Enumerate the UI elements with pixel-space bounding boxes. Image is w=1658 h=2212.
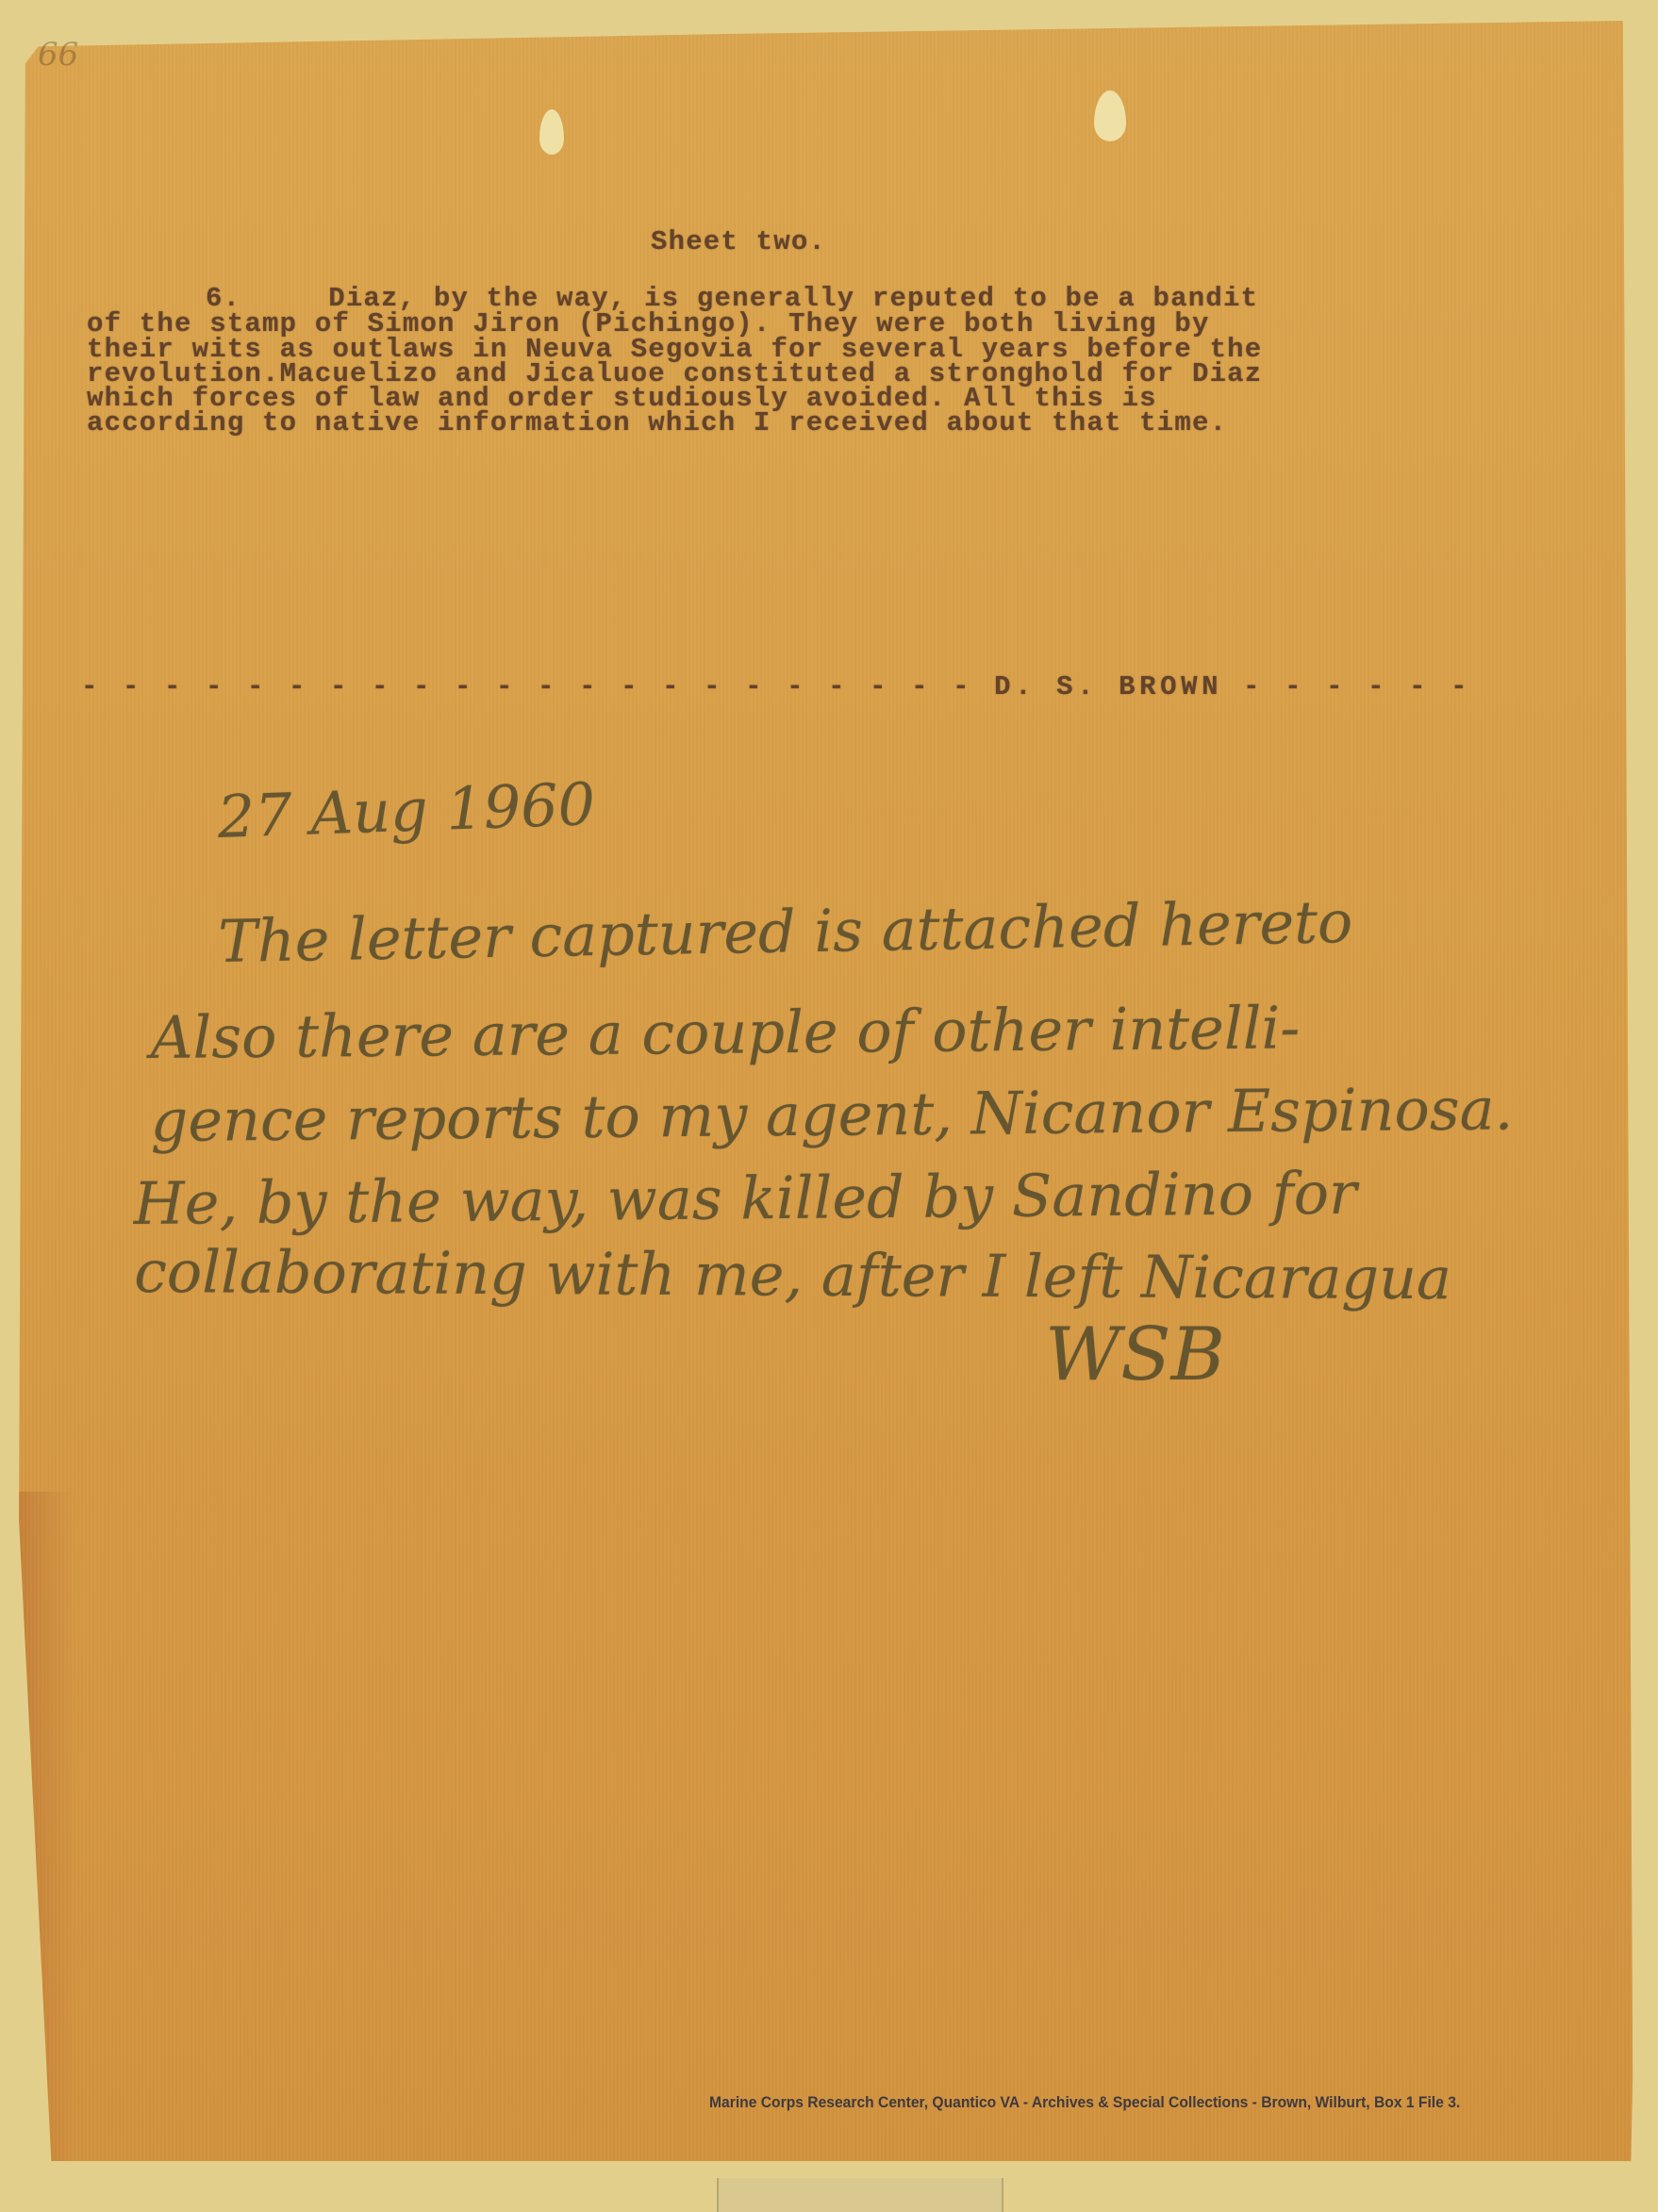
archive-caption: Marine Corps Research Center, Quantico V… [709, 2093, 1460, 2112]
handwritten-line-2: Also there are a couple of other intelli… [150, 993, 1300, 1072]
page-fold-shadow [19, 1492, 75, 2161]
handwritten-line-3: gence reports to my agent, Nicanor Espin… [150, 1074, 1513, 1155]
mount-strip [717, 2178, 1003, 2212]
handwritten-line-4: He, by the way, was killed by Sandino fo… [133, 1159, 1357, 1238]
handwritten-initials: WSB [1045, 1312, 1225, 1397]
paragraph-line-6: according to native information which I … [87, 407, 1227, 438]
sheet-title: Sheet two. [651, 226, 826, 257]
pencil-page-number: 66 [38, 36, 78, 74]
typed-signature-line: - - - - - - - - - - - - - - - - - - - - … [81, 671, 1471, 702]
handwritten-line-5: collaborating with me, after I left Nica… [134, 1237, 1451, 1312]
handwritten-date: 27 Aug 1960 [216, 769, 596, 851]
